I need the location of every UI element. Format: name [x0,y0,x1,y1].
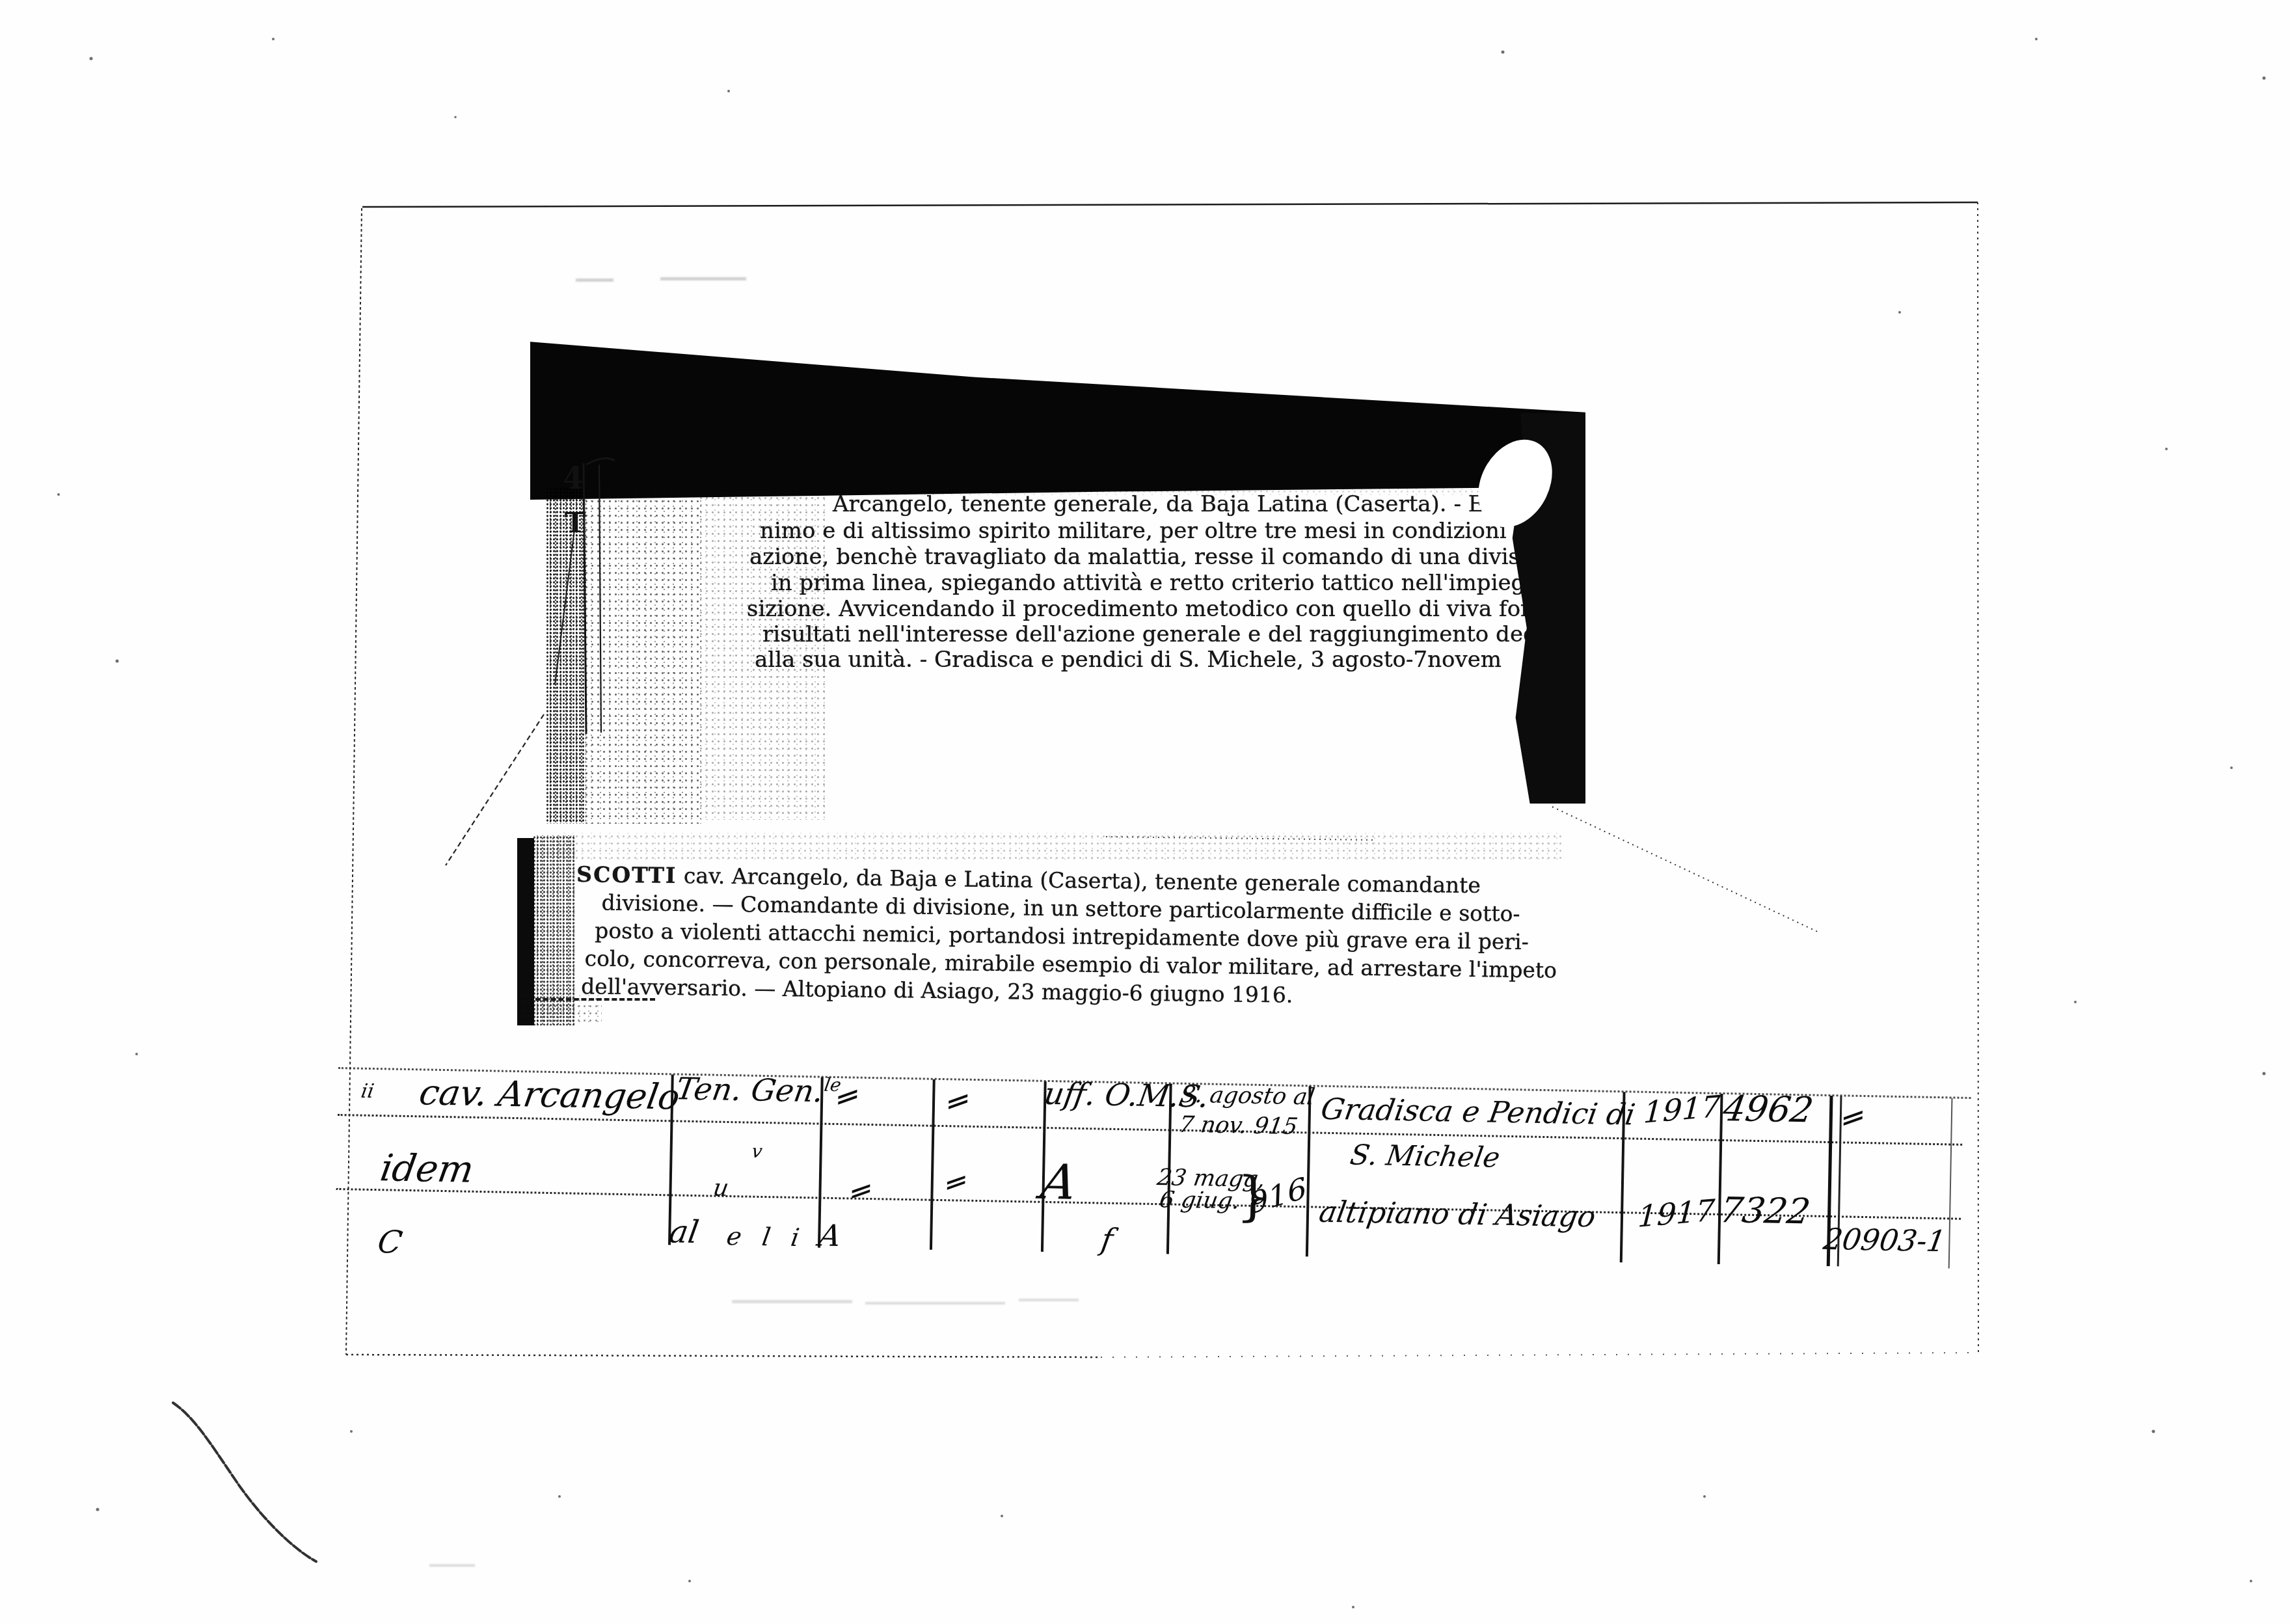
row2-ditto-mark: = [944,1167,969,1198]
row3-name-fragment: C [375,1226,404,1258]
row1-index-mark: ii [360,1082,375,1102]
row1-place-line1: Gradisca e Pendici di [1319,1094,1637,1130]
margin-page-number: 4 [563,463,584,493]
clipping-line: risultati nell'interesse dell'azione gen… [762,623,1572,645]
row1-register-number: 4962 [1721,1091,1816,1128]
sheet-border-top [362,202,1978,207]
margin-letter: T [565,509,586,537]
clipping-line: Arcangelo, tenente generale, da Baja Lat… [833,493,1585,515]
row1-year: 1917 [1643,1091,1721,1128]
handwritten-ledger-table: ii cav. Arcangelo Ten. Gen.le = = uff. O… [335,1064,1980,1286]
surname-caps: SCOTTI [576,861,677,888]
faint-header-mark [660,277,746,280]
row1-name: cav. Arcangelo [417,1075,682,1115]
clipping-line: azione, benchè travagliato da malattia, … [749,546,1585,568]
row1-date-line1: 3. agosto al [1179,1084,1317,1109]
ghost-writing-mark [732,1300,852,1303]
clipping-line: in prima linea, spiegando attività e ret… [771,572,1580,594]
row3-fragment: e l i [725,1224,807,1250]
column-line [1306,1086,1312,1256]
column-line [930,1079,936,1250]
column-line-right [1948,1098,1953,1268]
middle-citation-clipping: SCOTTI cav. Arcangelo, da Baja e Latina … [517,833,1570,1029]
row1-ditto-mark: = [835,1079,860,1113]
faint-smudge [429,1564,475,1567]
row1-ditto-mark: = [945,1084,971,1118]
row-separator [336,1188,1961,1220]
row2-year: 1917 [1637,1195,1716,1232]
ghost-writing-mark [865,1302,1005,1305]
row3-fragment: A [817,1221,844,1251]
clipping-line: alla sua unità. - Gradisca e pendici di … [755,649,1502,671]
row2-place: altipiano di Asiago [1317,1197,1598,1232]
row2-name: idem [378,1150,477,1188]
row1-rank-text: Ten. Gen. [673,1071,826,1109]
row2-ditto-mark: = [849,1175,874,1207]
row2-note: 20903-1 [1822,1225,1948,1256]
clipping-line: sizione. Avvicendando il procedimento me… [747,598,1563,620]
row1-rank: Ten. Gen.le [674,1074,842,1107]
citation-text-block: SCOTTI cav. Arcangelo, da Baja e Latina … [517,833,1570,1029]
row1-date-line2: 7 nov. 915 [1178,1114,1299,1139]
row1-place-line2: S. Michele [1348,1142,1502,1172]
left-speckle-column [584,491,702,824]
row3-fragment: f [1099,1225,1115,1254]
row1-note: = [1840,1101,1866,1135]
row2-decoration: A [1038,1158,1080,1207]
citation-line: dell'avversario. — Altopiano di Asiago, … [581,975,1293,1005]
right-diagonal-line [1552,807,1820,933]
clipping-line: nimo e di altissimo spirito militare, pe… [760,520,1557,542]
bottom-dashed-mark [535,998,655,1001]
scanned-page: 4 T Arcangelo, tenente generale, da Baja… [0,0,2290,1624]
top-newspaper-clipping: 4 T Arcangelo, tenente generale, da Baja… [530,325,1585,825]
ghost-writing-mark [1019,1299,1079,1301]
row2-check-mark: v [750,1143,763,1161]
sheet-border-bottom [346,1355,1101,1357]
row2-date-line2: 6 giug. [1158,1189,1242,1213]
row3-fragment: al [667,1216,701,1248]
stray-pen-stroke [173,1403,316,1562]
faint-header-mark [576,278,613,282]
row2-register-number: 7322 [1717,1193,1812,1229]
sheet-border-bottom-sparse [1101,1353,1978,1357]
